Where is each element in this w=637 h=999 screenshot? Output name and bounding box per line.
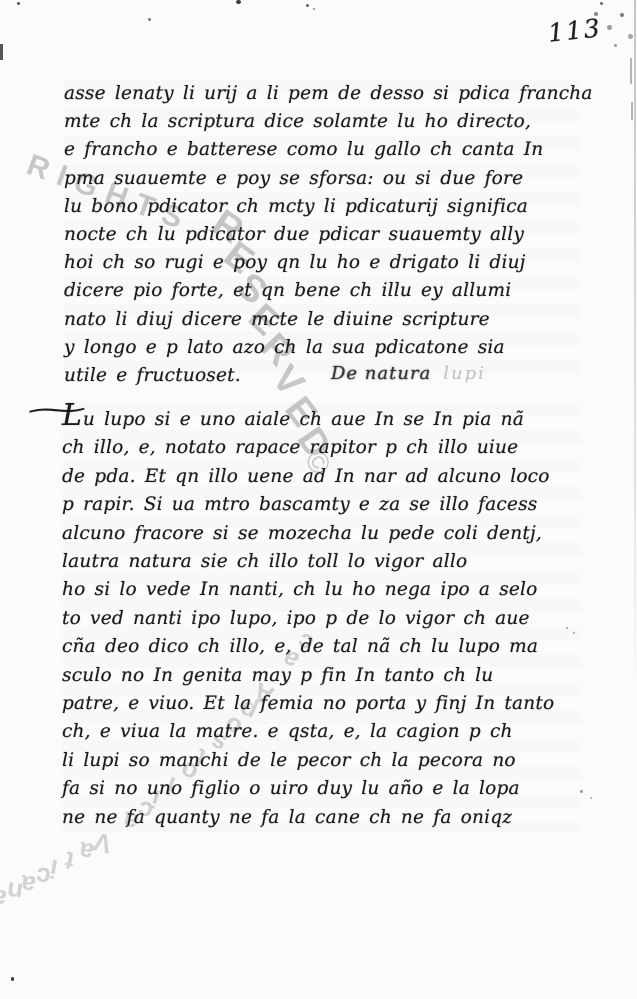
manuscript-line: fa si no uno figlio o uiro duy lu año e … <box>62 775 582 803</box>
paragraph-2: Lu lupo si e uno aiale ch aue In se In p… <box>62 402 582 832</box>
speckle <box>590 797 592 799</box>
manuscript-line: lautra natura sie ch illo toll lo vigor … <box>62 548 582 576</box>
speckle <box>580 790 583 793</box>
manuscript-line: pma suauemte e poy se sforsa: ou si due … <box>64 165 580 193</box>
speckle <box>573 632 575 634</box>
section-heading: De naturalupi <box>331 363 486 384</box>
manuscript-line: sculo no In genita may p fin In tanto ch… <box>62 662 582 690</box>
manuscript-line: p rapir. Si ua mtro bascamty e za se ill… <box>62 491 582 519</box>
manuscript-line: patre, e viuo. Et la femia no porta y fi… <box>62 690 582 718</box>
manuscript-line: ch illo, e, notato rapace rapitor p ch i… <box>62 434 582 462</box>
manuscript-line: Lu lupo si e uno aiale ch aue In se In p… <box>62 402 582 434</box>
speckle <box>620 13 624 17</box>
speckle <box>594 12 598 16</box>
manuscript-line: lu bono pdicator ch mcty li pdicaturij s… <box>64 193 580 221</box>
manuscript-line: hoi ch so rugi e poy qn lu ho e drigato … <box>64 249 580 277</box>
speckle <box>566 627 568 629</box>
speckle <box>628 34 633 39</box>
manuscript-line: y longo e p lato azo ch la sua pdicatone… <box>64 334 580 362</box>
speckle <box>148 18 151 21</box>
speckle <box>17 2 20 5</box>
paragraph-1: asse lenaty li urij a li pem de desso si… <box>64 80 580 390</box>
manuscript-line: e francho e batterese como lu gallo ch c… <box>64 136 580 164</box>
manuscript-line: mte ch la scriptura dice solamte lu ho d… <box>64 108 580 136</box>
scan-edge-line <box>634 0 636 700</box>
manuscript-line: cña deo dico ch illo, e, de tal nã ch lu… <box>62 633 582 661</box>
speckle <box>614 44 617 47</box>
speckle <box>306 4 309 7</box>
manuscript-page: ALL RIGHTS RESERVED © ca Apostolica Vati… <box>0 0 637 999</box>
manuscript-line: dicere pio forte, et qn bene ch illu ey … <box>64 277 580 305</box>
manuscript-line: utile e fructuoset. <box>64 362 580 390</box>
section-heading-dark: De natura <box>331 363 431 384</box>
speckle <box>607 25 612 30</box>
manuscript-line: li lupi so manchi de le pecor ch la peco… <box>62 747 582 775</box>
manuscript-line: ch, e viua la matre. e qsta, e, la cagio… <box>62 718 582 746</box>
manuscript-line: nato li diuj dicere mcte le diuine scrip… <box>64 306 580 334</box>
speckle <box>0 44 3 60</box>
manuscript-line: nocte ch lu pdicator due pdicar suauemty… <box>64 221 580 249</box>
speckle <box>600 2 603 5</box>
folio-number: 113 <box>547 13 603 47</box>
speckle <box>11 977 14 981</box>
manuscript-line: asse lenaty li urij a li pem de desso si… <box>64 80 580 108</box>
section-heading-faded: lupi <box>443 363 486 384</box>
manuscript-line: ne ne fa quanty ne fa la cane ch ne fa o… <box>62 804 582 832</box>
manuscript-line: to ved nanti ipo lupo, ipo p de lo vigor… <box>62 605 582 633</box>
speckle <box>313 8 315 10</box>
scan-edge-dash <box>631 102 633 120</box>
scan-edge-dash <box>630 58 632 84</box>
manuscript-line: alcuno fracore si se mozecha lu pede col… <box>62 520 582 548</box>
speckle <box>236 0 241 4</box>
manuscript-line: de pda. Et qn illo uene ad In nar ad alc… <box>62 463 582 491</box>
manuscript-line: ho si lo vede In nanti, ch lu ho nega ip… <box>62 576 582 604</box>
